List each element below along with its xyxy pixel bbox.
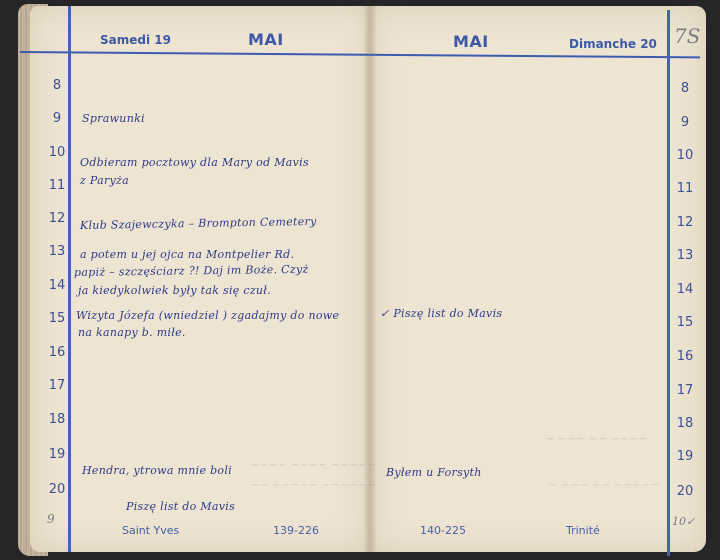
- left-hour-10: 10: [42, 145, 72, 160]
- right-hour-16: 16: [670, 349, 700, 364]
- left-hour-17: 17: [42, 378, 72, 393]
- left-hour-20: 20: [42, 482, 72, 497]
- right-hour-20: 20: [670, 484, 700, 499]
- right-page-number: 10✓: [672, 515, 695, 528]
- right-hour-12: 12: [670, 215, 700, 230]
- left-hour-11: 11: [42, 178, 72, 193]
- entry-line: Sprawunki: [82, 112, 145, 125]
- left-saint-name: Saint Yves: [122, 524, 179, 537]
- entry-line: ja kiedykolwiek były tak się czuł.: [78, 284, 271, 297]
- left-hour-19: 19: [42, 447, 72, 462]
- entry-line: na kanapy b. miłe.: [78, 326, 186, 339]
- corner-pencil-note: 7S: [674, 24, 700, 48]
- bleed-through-text: ~~ ~~~~~ ~~~~~~: [250, 478, 377, 491]
- left-hour-13: 13: [42, 244, 72, 259]
- left-hour-18: 18: [42, 412, 72, 427]
- left-day-label: Samedi 19: [100, 33, 171, 47]
- right-day-label: Dimanche 20: [569, 37, 657, 51]
- left-hour-15: 15: [42, 311, 72, 326]
- left-hour-16: 16: [42, 345, 72, 360]
- left-hour-9: 9: [42, 111, 72, 126]
- right-hour-13: 13: [670, 248, 700, 263]
- right-hour-9: 9: [670, 115, 700, 130]
- left-page-number: 9: [47, 512, 55, 526]
- right-hour-10: 10: [670, 148, 700, 163]
- entry-line: ✓ Piszę list do Mavis: [380, 307, 502, 320]
- right-hour-14: 14: [670, 282, 700, 297]
- left-hour-12: 12: [42, 211, 72, 226]
- left-month-label: MAI: [248, 30, 284, 49]
- entry-line: Byłem u Forsyth: [386, 466, 482, 479]
- left-hour-8: 8: [42, 78, 72, 93]
- bleed-through-text: ~ ~~~ ~~ ~~~~~: [548, 478, 660, 491]
- right-hour-15: 15: [670, 315, 700, 330]
- right-saint-name: Trinité: [566, 524, 600, 537]
- entry-line: z Paryża: [80, 174, 129, 187]
- right-hour-19: 19: [670, 449, 700, 464]
- entry-line: Hendra, ytrowa mnie boli: [82, 464, 232, 477]
- diary-scan: Samedi 19 MAI MAI Dimanche 20 7S 8 9 10 …: [0, 0, 720, 560]
- right-month-label: MAI: [453, 32, 489, 51]
- right-hour-8: 8: [670, 81, 700, 96]
- entry-line: Wizyta Józefa (wniedziel ) zgadajmy do n…: [76, 309, 339, 322]
- entry-line: a potem u jej ojca na Montpelier Rd.: [80, 248, 294, 261]
- entry-line: Piszę list do Mavis: [126, 500, 235, 513]
- left-day-count: 139-226: [273, 524, 319, 537]
- bleed-through-text: ~ ~~~ ~~ ~~~~: [545, 432, 648, 445]
- right-day-count: 140-225: [420, 524, 466, 537]
- right-hour-17: 17: [670, 383, 700, 398]
- right-hour-18: 18: [670, 416, 700, 431]
- bleed-through-text: ~~~~ ~~~~ ~~~~~: [250, 458, 377, 471]
- left-hour-14: 14: [42, 278, 72, 293]
- right-hour-11: 11: [670, 181, 700, 196]
- entry-line: Odbieram pocztowy dla Mary od Mavis: [80, 156, 309, 169]
